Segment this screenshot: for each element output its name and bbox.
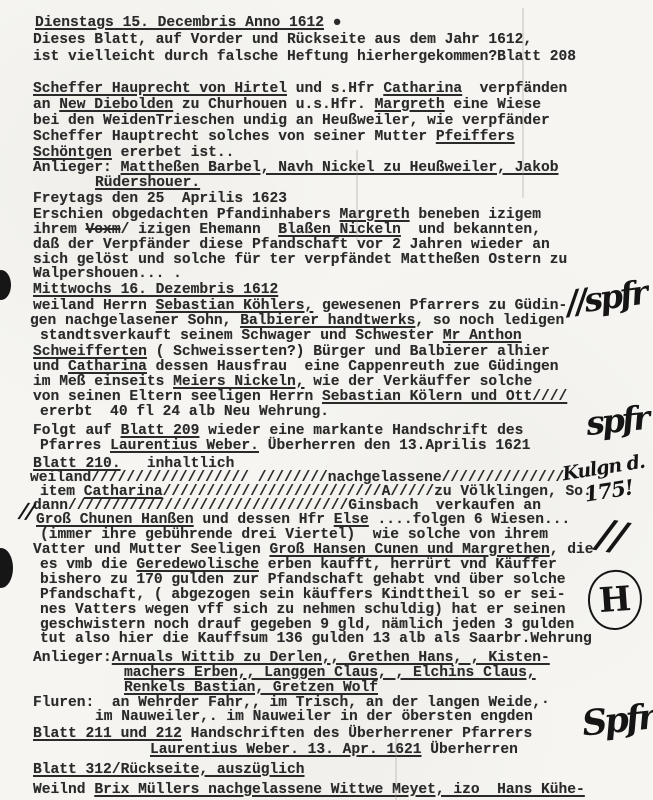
text-line: bishero zu 170 gulden zur Pfandschaft ge… bbox=[40, 573, 565, 588]
text-segment: erben kaufft, herrürt vnd Käuffer bbox=[259, 557, 557, 573]
underlined-text: Pfeiffers bbox=[436, 129, 515, 145]
underlined-text: Dienstags 15. Decembris Anno 1612 bbox=[35, 15, 324, 31]
hole-punch-artifact bbox=[0, 270, 11, 300]
text-line: Vatter und Mutter Seeligen Groß Hansen C… bbox=[33, 543, 594, 558]
underlined-text: Groß Hansen Cunen und Margrethen bbox=[269, 542, 549, 558]
text-segment: eine Wiese bbox=[445, 97, 541, 113]
text-line: Schöntgen ererbet ist.. bbox=[33, 146, 234, 161]
scanned-document-page: Dienstags 15. Decembris Anno 1612 ●Diese… bbox=[0, 0, 653, 800]
text-segment: und dessen Hfr bbox=[194, 512, 334, 528]
underlined-text: Arnuals Wittib zu Derlen,, Grethen Hans,… bbox=[112, 650, 550, 666]
text-line: Anlieger:Arnuals Wittib zu Derlen,, Gret… bbox=[33, 651, 550, 666]
text-line: an New Diebolden zu Churhouen u.s.Hfr. M… bbox=[33, 98, 541, 113]
underlined-text: Balbierer handtwerks bbox=[240, 313, 415, 329]
text-line: Dieses Blatt, auf Vorder und Rückseite a… bbox=[33, 33, 532, 48]
text-line: ist vielleicht durch falsche Heftung hie… bbox=[33, 50, 576, 65]
text-line: nes Vatters wegen vff sich zu nehmen sch… bbox=[40, 603, 565, 618]
underlined-text: Else bbox=[334, 512, 369, 528]
text-line: tut also hier die Kauffsum 136 gulden 13… bbox=[40, 632, 592, 647]
underlined-text: Groß Chunen Hanßen bbox=[36, 512, 194, 528]
text-line: weiland Herrn Sebastian Köhlers, gewesen… bbox=[33, 299, 567, 314]
scan-streak bbox=[522, 8, 524, 198]
text-segment: Pfandschaft, ( abgezogen sein käuffers K… bbox=[40, 587, 565, 603]
text-line: im Nauweiler,. im Nauweiler in der öbers… bbox=[95, 710, 533, 725]
text-segment: bishero zu 170 gulden zur Pfandschaft ge… bbox=[40, 572, 565, 588]
text-segment: ihrem bbox=[33, 222, 86, 238]
text-line: Walpershouen... . bbox=[33, 267, 182, 282]
text-segment: von seinen Eltern seeligen Herrn bbox=[33, 389, 322, 405]
text-segment: und bekannten, bbox=[401, 222, 541, 238]
text-line: Mittwochs 16. Dezembris 1612 bbox=[33, 283, 278, 298]
text-segment: ( Schweisserten?) Bürger und Balbierer a… bbox=[147, 344, 550, 360]
underlined-text: Margreth bbox=[340, 207, 410, 223]
underlined-text: Meiers Nickeln, bbox=[173, 374, 304, 390]
scan-streak bbox=[356, 150, 358, 240]
underlined-text: Blatt 312/Rückseite, auszüglich bbox=[33, 762, 305, 778]
text-line: Anlieger: Mattheßen Barbel, Navh Nickel … bbox=[33, 161, 558, 176]
text-line: Blatt 312/Rückseite, auszüglich bbox=[33, 763, 305, 778]
underlined-text: Sebastian Köhlers, bbox=[156, 298, 314, 314]
text-segment: standtsverkauft seinem Schwager und Schw… bbox=[40, 328, 443, 344]
underlined-text: Schöntgen bbox=[33, 145, 112, 161]
underlined-text: Catharina bbox=[383, 81, 462, 97]
text-line: Pfandschaft, ( abgezogen sein käuffers K… bbox=[40, 588, 565, 603]
underlined-text: Catharina bbox=[68, 359, 147, 375]
underlined-text: Scheffer Hauprecht von Hirtel bbox=[33, 81, 287, 97]
text-segment: ererbt 40 fl 24 alb Neu Wehrung. bbox=[40, 404, 329, 420]
text-line: gen nachgelasener Sohn, Balbierer handtw… bbox=[30, 314, 564, 329]
text-line: von seinen Eltern seeligen Herrn Sebasti… bbox=[33, 390, 567, 405]
underlined-text: Margreth bbox=[375, 97, 445, 113]
text-segment: wieder eine markante Handschrift des bbox=[199, 423, 523, 439]
underlined-text: Mattheßen Barbel, Navh Nickel zu Heußwei… bbox=[121, 160, 559, 176]
text-segment: weiland Herrn bbox=[33, 298, 156, 314]
text-line: (immer ihre gebührende drei Viertel) wie… bbox=[40, 528, 548, 543]
text-segment: nes Vatters wegen vff sich zu nehmen sch… bbox=[40, 602, 565, 618]
underlined-text: Blatt 209 bbox=[121, 423, 200, 439]
underlined-text: Laurentius Weber. bbox=[110, 438, 259, 454]
text-segment: Vatter und Mutter Seeligen bbox=[33, 542, 269, 558]
hole-punch-artifact bbox=[0, 548, 13, 588]
underlined-text: New Diebolden bbox=[59, 97, 173, 113]
handwritten-note: // bbox=[19, 497, 35, 523]
text-line: bei den WeidenTrieschen undig an Heußwei… bbox=[33, 114, 550, 129]
text-segment: daß der Verpfänder diese Pfandschaft vor… bbox=[33, 237, 550, 253]
scan-streak bbox=[395, 735, 397, 800]
handwritten-note: //spfr bbox=[564, 273, 648, 323]
text-line: Folgt auf Blatt 209 wieder eine markante… bbox=[33, 424, 523, 439]
text-segment: beneben izigem bbox=[410, 207, 541, 223]
text-segment: im Meß einseits bbox=[33, 374, 173, 390]
text-segment: bei den WeidenTrieschen undig an Heußwei… bbox=[33, 113, 550, 129]
text-segment: Handschriften des Überherrener Pfarrers bbox=[182, 726, 532, 742]
text-segment: tut also hier die Kauffsum 136 gulden 13… bbox=[40, 631, 592, 647]
text-line: Rüdershouer. bbox=[95, 176, 200, 191]
text-segment: und s.Hfr bbox=[287, 81, 383, 97]
text-segment: gen nachgelasener Sohn, bbox=[30, 313, 240, 329]
text-segment: Anlieger: bbox=[33, 650, 112, 666]
text-segment: gewesenen Pfarrers zu Güdin- bbox=[313, 298, 567, 314]
text-line: Dienstags 15. Decembris Anno 1612 ● bbox=[35, 16, 342, 31]
underlined-text: Mittwochs 16. Dezembris 1612 bbox=[33, 282, 278, 298]
underlined-text: Geredewolische bbox=[136, 557, 259, 573]
text-line: im Meß einseits Meiers Nickeln, wie der … bbox=[33, 375, 532, 390]
text-segment: Erschien obgedachten Pfandinhabers bbox=[33, 207, 340, 223]
text-line: Freytags den 25 Aprilis 1623 bbox=[33, 192, 287, 207]
text-line: Scheffer Hauptrecht solches von seiner M… bbox=[33, 130, 515, 145]
text-segment: , die bbox=[550, 542, 594, 558]
text-line: Pfarres Laurentius Weber. Überherren den… bbox=[40, 439, 530, 454]
text-segment: dessen Hausfrau eine Cappenreuth zue Güd… bbox=[147, 359, 559, 375]
text-segment: (immer ihre gebührende drei Viertel) wie… bbox=[40, 527, 548, 543]
text-line: ererbt 40 fl 24 alb Neu Wehrung. bbox=[40, 405, 329, 420]
text-segment: , so noch ledigen bbox=[415, 313, 564, 329]
handwritten-note: // bbox=[594, 510, 629, 561]
text-segment: Anlieger: bbox=[33, 160, 121, 176]
text-line: Weilnd Brix Müllers nachgelassene Wittwe… bbox=[33, 783, 585, 798]
text-line: Laurentius Weber. 13. Apr. 1621 Überherr… bbox=[150, 743, 518, 758]
text-line: daß der Verpfänder diese Pfandschaft vor… bbox=[33, 238, 550, 253]
text-line: und Catharina dessen Hausfrau eine Cappe… bbox=[33, 360, 558, 375]
text-segment: und bbox=[33, 359, 68, 375]
text-segment: zu Churhouen u.s.Hfr. bbox=[173, 97, 374, 113]
underlined-text: machers Erben,, Langgen Claus, , Elchins… bbox=[124, 665, 536, 681]
text-segment: Dieses Blatt, auf Vorder und Rückseite a… bbox=[33, 32, 532, 48]
underlined-text: Laurentius Weber. 13. Apr. 1621 bbox=[150, 742, 422, 758]
text-line: Erschien obgedachten Pfandinhabers Margr… bbox=[33, 208, 541, 223]
handwritten-note: H bbox=[586, 568, 644, 632]
text-segment: Pfarres bbox=[40, 438, 110, 454]
text-segment: ist vielleicht durch falsche Heftung hie… bbox=[33, 49, 576, 65]
underlined-text: Blaßen Nickeln bbox=[278, 222, 401, 238]
underlined-text: Brix Müllers nachgelassene Wittwe Meyet,… bbox=[94, 782, 584, 798]
text-segment: Überherren den 13.Aprilis 1621 bbox=[259, 438, 531, 454]
text-line: Renkels Bastian, Gretzen Wolf bbox=[124, 681, 378, 696]
underlined-text: Sebastian Kölern und Ott//// bbox=[322, 389, 567, 405]
underlined-text: Mr Anthon bbox=[443, 328, 522, 344]
text-segment: Freytags den 25 Aprilis 1623 bbox=[33, 191, 287, 207]
underlined-text: Blatt 211 und 212 bbox=[33, 726, 182, 742]
text-segment: verpfänden bbox=[462, 81, 567, 97]
text-segment: ● bbox=[324, 15, 342, 31]
handwritten-note: Spfr bbox=[580, 696, 653, 744]
text-segment: wie der Verkäuffer solche bbox=[305, 374, 533, 390]
text-segment: Überherren bbox=[422, 742, 518, 758]
text-segment: Scheffer Hauptrecht solches von seiner M… bbox=[33, 129, 436, 145]
text-line: Schweifferten ( Schweisserten?) Bürger u… bbox=[33, 345, 550, 360]
text-segment: Walpershouen... . bbox=[33, 266, 182, 282]
text-segment: es vmb die bbox=[40, 557, 136, 573]
text-line: machers Erben,, Langgen Claus, , Elchins… bbox=[124, 666, 536, 681]
text-line: Scheffer Hauprecht von Hirtel und s.Hfr … bbox=[33, 82, 567, 97]
text-segment: an bbox=[33, 97, 59, 113]
text-line: es vmb die Geredewolische erben kaufft, … bbox=[40, 558, 557, 573]
text-segment: / izigen Ehemann bbox=[121, 222, 279, 238]
underlined-text: Rüdershouer. bbox=[95, 175, 200, 191]
text-segment: ererbet ist.. bbox=[112, 145, 235, 161]
text-segment: ....folgen 6 Wiesen... bbox=[369, 512, 570, 528]
underlined-text: Schweifferten bbox=[33, 344, 147, 360]
text-line: Groß Chunen Hanßen und dessen Hfr Else .… bbox=[36, 513, 570, 528]
text-segment: im Nauweiler,. im Nauweiler in der öbers… bbox=[95, 709, 533, 725]
underlined-text: Renkels Bastian, Gretzen Wolf bbox=[124, 680, 378, 696]
text-line: ihrem Voxm/ izigen Ehemann Blaßen Nickel… bbox=[33, 223, 541, 238]
text-line: standtsverkauft seinem Schwager und Schw… bbox=[40, 329, 522, 344]
text-segment: Folgt auf bbox=[33, 423, 121, 439]
handwritten-note: spfr bbox=[584, 398, 649, 443]
text-line: Blatt 211 und 212 Handschriften des Über… bbox=[33, 727, 532, 742]
struck-text: Voxm bbox=[86, 222, 121, 238]
text-segment: Weilnd bbox=[33, 782, 94, 798]
